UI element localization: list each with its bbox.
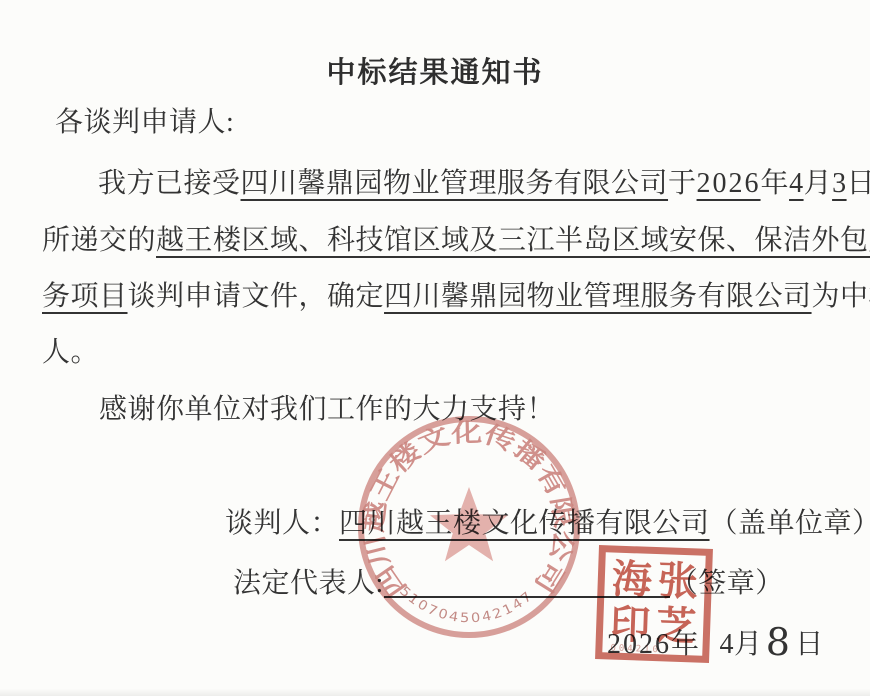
salutation-text: 各谈判申请人: [55, 107, 234, 138]
submission-month-unit: 月 [804, 168, 833, 199]
body-line-2: 所递交的越王楼区域、科技馆区域及三江半岛区域安保、保洁外包服 [42, 218, 870, 258]
submission-year-unit: 年 [761, 168, 790, 199]
thanks-line: 感谢你单位对我们工作的大力支持！ [99, 387, 555, 427]
salutation-line: 各谈判申请人: [55, 100, 234, 140]
winner-company-name-2: 四川馨鼎园物业管理服务有限公司 [384, 281, 812, 312]
legal-rep-signature-blank [384, 566, 670, 598]
body-l3-mid: 谈判申请文件，确定 [128, 281, 385, 312]
date-line: 2026年4月8日 [607, 621, 824, 662]
winner-company-name: 四川馨鼎园物业管理服务有限公司 [241, 168, 669, 199]
legal-rep-label: 法定代表人: [233, 568, 384, 599]
negotiator-line: 谈判人：四川越王楼文化传播有限公司（盖单位章） [225, 501, 870, 541]
submission-month: 4 [789, 168, 804, 199]
legal-rep-note: （签章） [670, 568, 784, 599]
date-month-unit: 月 [734, 629, 763, 660]
date-day-unit: 日 [795, 629, 824, 660]
date-year-unit: 年 [671, 629, 700, 660]
submission-year: 2026 [697, 168, 761, 199]
document-title: 中标结果通知书 [0, 50, 870, 91]
date-month: 4 [720, 629, 735, 660]
negotiator-note: （盖单位章） [710, 508, 870, 539]
body-l3-suffix: 为中标 [812, 281, 870, 312]
body-l1-conj: 于 [668, 168, 697, 199]
negotiator-label: 谈判人： [225, 508, 339, 539]
body-l2-prefix: 所递交的 [42, 225, 156, 256]
submission-day-unit: 日 [847, 168, 870, 199]
negotiator-company-name: 四川越王楼文化传播有限公司 [339, 508, 710, 539]
body-line-4: 人。 [42, 330, 99, 370]
legal-rep-line: 法定代表人:（签章） [233, 561, 784, 601]
thanks-text: 感谢你单位对我们工作的大力支持！ [99, 394, 555, 425]
submission-day: 3 [832, 168, 847, 199]
project-name-part2: 务项目 [42, 281, 128, 312]
date-year: 2026 [607, 629, 671, 660]
body-l4-text: 人。 [42, 337, 99, 368]
body-line-3: 务项目谈判申请文件，确定四川馨鼎园物业管理服务有限公司为中标 [42, 274, 870, 314]
document-page: 中标结果通知书 各谈判申请人: 我方已接受四川馨鼎园物业管理服务有限公司于202… [0, 0, 870, 696]
body-l1-prefix: 我方已接受 [98, 168, 241, 199]
date-day-handwritten: 8 [765, 623, 791, 662]
body-line-1: 我方已接受四川馨鼎园物业管理服务有限公司于2026年4月3日 [98, 161, 870, 201]
project-name-part1: 越王楼区域、科技馆区域及三江半岛区域安保、保洁外包服 [156, 225, 870, 256]
